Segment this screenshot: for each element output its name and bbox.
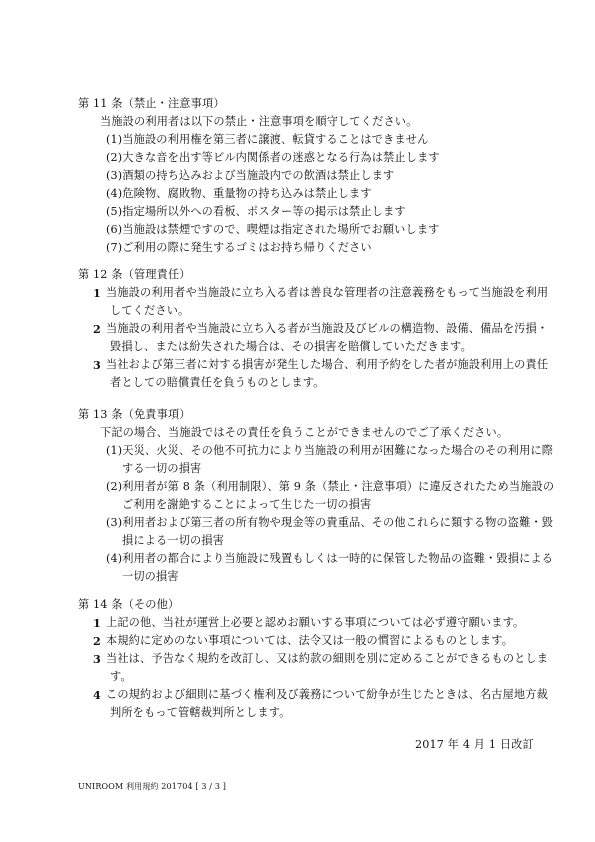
article-11-item-7: (7)ご利用の際に発生するゴミはお持ち帰りください (106, 241, 372, 255)
article-14-clause-2-number: 2 (93, 634, 101, 648)
article-14-clause-3-text-cont: す。 (110, 670, 132, 684)
article-13-item-3: (3)利用者および第三者の所有物や現金等の貴重品、その他これらに類する物の盗難・… (106, 516, 553, 530)
article-14-clause-4-text: この規約および細則に基づく権利及び義務について紛争が生じたときは、名古屋地方裁 (106, 688, 548, 702)
revision-date: 2017 年 4 月 1 日改訂 (415, 738, 534, 752)
article-13-item-2-cont: ご利用を謝絶することによって生じた一切の損害 (122, 498, 371, 512)
article-13-item-4-cont: 一切の損害 (122, 570, 179, 584)
article-12-clause-3-text: 当社および第三者に対する損害が発生した場合、利用予約をした者が施設利用上の責任 (106, 358, 548, 372)
article-11-lead: 当施設の利用者は以下の禁止・注意事項を順守してください。 (100, 115, 417, 129)
article-13-item-3-cont: 損による一切の損害 (122, 534, 224, 548)
article-12-clause-1-text-cont: してください。 (110, 304, 189, 318)
article-14-clause-1-text: 上記の他、当社が運営上必要と認めお願いする事項については必ず遵守願います。 (106, 616, 524, 630)
article-13-heading: 第 13 条（免責事項） (78, 408, 191, 422)
article-14-clause-2-text: 本規約に定めのない事項については、法令又は一般の慣習によるものとします。 (106, 634, 513, 648)
article-14-clause-1-number: 1 (93, 616, 101, 630)
article-12-heading: 第 12 条（管理責任） (78, 268, 191, 282)
article-12-clause-2-text-cont: 毀損し、または紛失された場合は、その損害を賠償していただきます。 (110, 340, 472, 354)
article-12-clause-2-number: 2 (93, 322, 101, 336)
article-13-item-2: (2)利用者が第 8 条（利用制限）、第 9 条（禁止・注意事項）に違反されたた… (106, 480, 554, 494)
article-11-item-2: (2)大きな音を出す等ビル内関係者の迷惑となる行為は禁止します (106, 151, 440, 165)
article-13-lead: 下記の場合、当施設ではその責任を負うことができませんのでご了承ください。 (100, 426, 508, 440)
article-12-clause-2-text: 当施設の利用者や当施設に立ち入る者が当施設及びビルの構造物、設備、備品を汚損・ (106, 322, 548, 336)
article-13-item-4: (4)利用者の都合により当施設に残置もしくは一時的に保管した物品の盗難・毀損によ… (106, 552, 553, 566)
article-11-item-5: (5)指定場所以外への看板、ポスター等の掲示は禁止します (106, 205, 406, 219)
article-11-item-3: (3)酒類の持ち込みおよび当施設内での飲酒は禁止します (106, 169, 394, 183)
article-14-clause-4-number: 4 (93, 688, 101, 702)
article-11-item-1: (1)当施設の利用権を第三者に譲渡、転貸することはできません (106, 133, 428, 147)
article-11-heading: 第 11 条（禁止・注意事項） (78, 97, 225, 111)
article-11-item-6: (6)当施設は禁煙ですので、喫煙は指定された場所でお願いします (106, 223, 440, 237)
article-12-clause-3-number: 3 (93, 358, 101, 372)
article-13-item-1: (1)天災、火災、その他不可抗力により当施設の利用が困難になった場合のその利用に… (106, 444, 553, 458)
page-footer: UNIROOM 利用規約 201704 [ 3 / 3 ] (78, 782, 226, 792)
document-page: 第 11 条（禁止・注意事項） 当施設の利用者は以下の禁止・注意事項を順守してく… (0, 0, 595, 842)
article-14-heading: 第 14 条（その他） (78, 598, 179, 612)
article-12-clause-1-number: 1 (93, 286, 101, 300)
article-12-clause-3-text-cont: 者としての賠償責任を負うものとします。 (110, 376, 325, 390)
article-13-item-1-cont: する一切の損害 (122, 462, 201, 476)
article-14-clause-3-number: 3 (93, 652, 101, 666)
article-12-clause-1-text: 当施設の利用者や当施設に立ち入る者は善良な管理者の注意義務をもって当施設を利用 (106, 286, 548, 300)
article-14-clause-4-text-cont: 判所をもって管轄裁判所とします。 (110, 706, 291, 720)
article-11-item-4: (4)危険物、腐敗物、重量物の持ち込みは禁止します (106, 187, 372, 201)
article-14-clause-3-text: 当社は、予告なく規約を改訂し、又は約款の細則を別に定めることができるものとしま (106, 652, 548, 666)
